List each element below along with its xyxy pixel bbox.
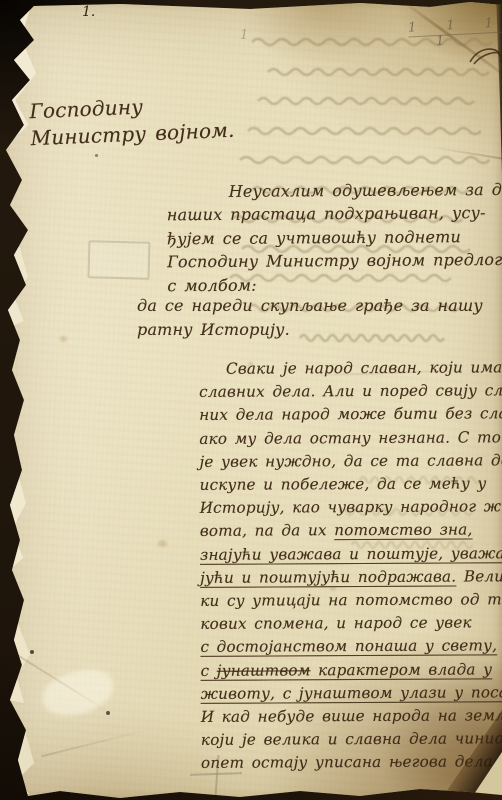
petition-line: да се нареди скупљање грађе за нашу [137, 294, 483, 318]
ink-speck [106, 711, 110, 715]
body-line: Историју, као чуварку народног жи- [200, 495, 502, 520]
ink-speck [30, 650, 34, 654]
pencil-mark: 1 [435, 34, 444, 50]
petition-line: ратну Историју. [137, 318, 483, 342]
opening-line: Господину Министру војном предлог [167, 248, 502, 274]
body-line: животу, с јунаштвом улази у посао. [201, 681, 502, 706]
underlined-text: потомство зна, [334, 521, 472, 540]
body-line: који је велика и славна дела чинио, [201, 727, 502, 752]
body-line: знајући уважава и поштује, уважава- [200, 542, 502, 567]
body-line: ки су утицаји на потомство од та- [200, 588, 502, 613]
pencil-mark: 1 [240, 28, 248, 43]
salutation-block: Господину Министру војном. [29, 90, 235, 152]
body-line: вота, па да их потомство зна, [200, 519, 502, 544]
torn-edge-flap [0, 615, 30, 703]
opening-paragraph: Неусахлим одушевљењем за дела наших прас… [167, 178, 502, 298]
opening-line: наших прастаца подхрањиван, усу- [167, 201, 502, 227]
underlined-text: с достојанством понаша у свету, [200, 637, 497, 657]
opening-line: ђујем се са учтивошћу поднети [167, 225, 502, 251]
opening-line: Неусахлим одушевљењем за дела [167, 178, 502, 204]
underlined-text: животу, с јунаштвом улази у посао. [201, 683, 502, 703]
crossed-out-word: јунаштвом [217, 661, 311, 679]
body-line: јући и поштујући подражава. Вели- [200, 565, 502, 590]
body-line: искупе и побележе, да се мећу у [200, 472, 502, 497]
body-line: опет остају уписана његова дела, [201, 751, 502, 776]
body-line: с достојанством понаша у свету, [200, 635, 502, 660]
petition-clause: да се нареди скупљање грађе за нашу ратн… [137, 294, 483, 342]
ink-flourish [468, 44, 502, 70]
underlined-text: с [200, 661, 216, 679]
underlined-text: карактером влада у [310, 660, 492, 679]
body-line: кових спомена, и народ се увек [200, 611, 502, 636]
underlined-text: јући и поштујући подражава. [200, 567, 456, 586]
scanned-manuscript-photo: 1. 1 1 1 1 1 Господину Министру војном. … [0, 0, 502, 800]
body-line: ако му дела остану незнана. С тога [199, 426, 502, 451]
body-line: је увек нуждно, да се та славна дела [199, 449, 502, 474]
pencil-cross-vertical [215, 755, 219, 797]
body-line: славних дела. Али и поред свију слав- [199, 379, 502, 404]
body-line: И кад небуде више народа на земљи, [201, 704, 502, 729]
body-line: Сваки је народ славан, који имаде [199, 356, 502, 381]
manuscript-page: 1. 1 1 1 1 1 Господину Министру војном. … [0, 0, 502, 800]
torn-edge-flap [0, 732, 34, 794]
crease-line [41, 729, 148, 758]
body-paragraph: Сваки је народ славан, који имаде славни… [199, 356, 502, 775]
page-number: 1. [82, 4, 95, 20]
underlined-text: знајући уважава и поштује, уважава- [200, 544, 502, 564]
body-line: них дела народ може бити без славе, [199, 403, 502, 428]
body-line: с јунаштвом карактером влада у [200, 658, 502, 683]
pencil-cross-mark [190, 755, 242, 797]
